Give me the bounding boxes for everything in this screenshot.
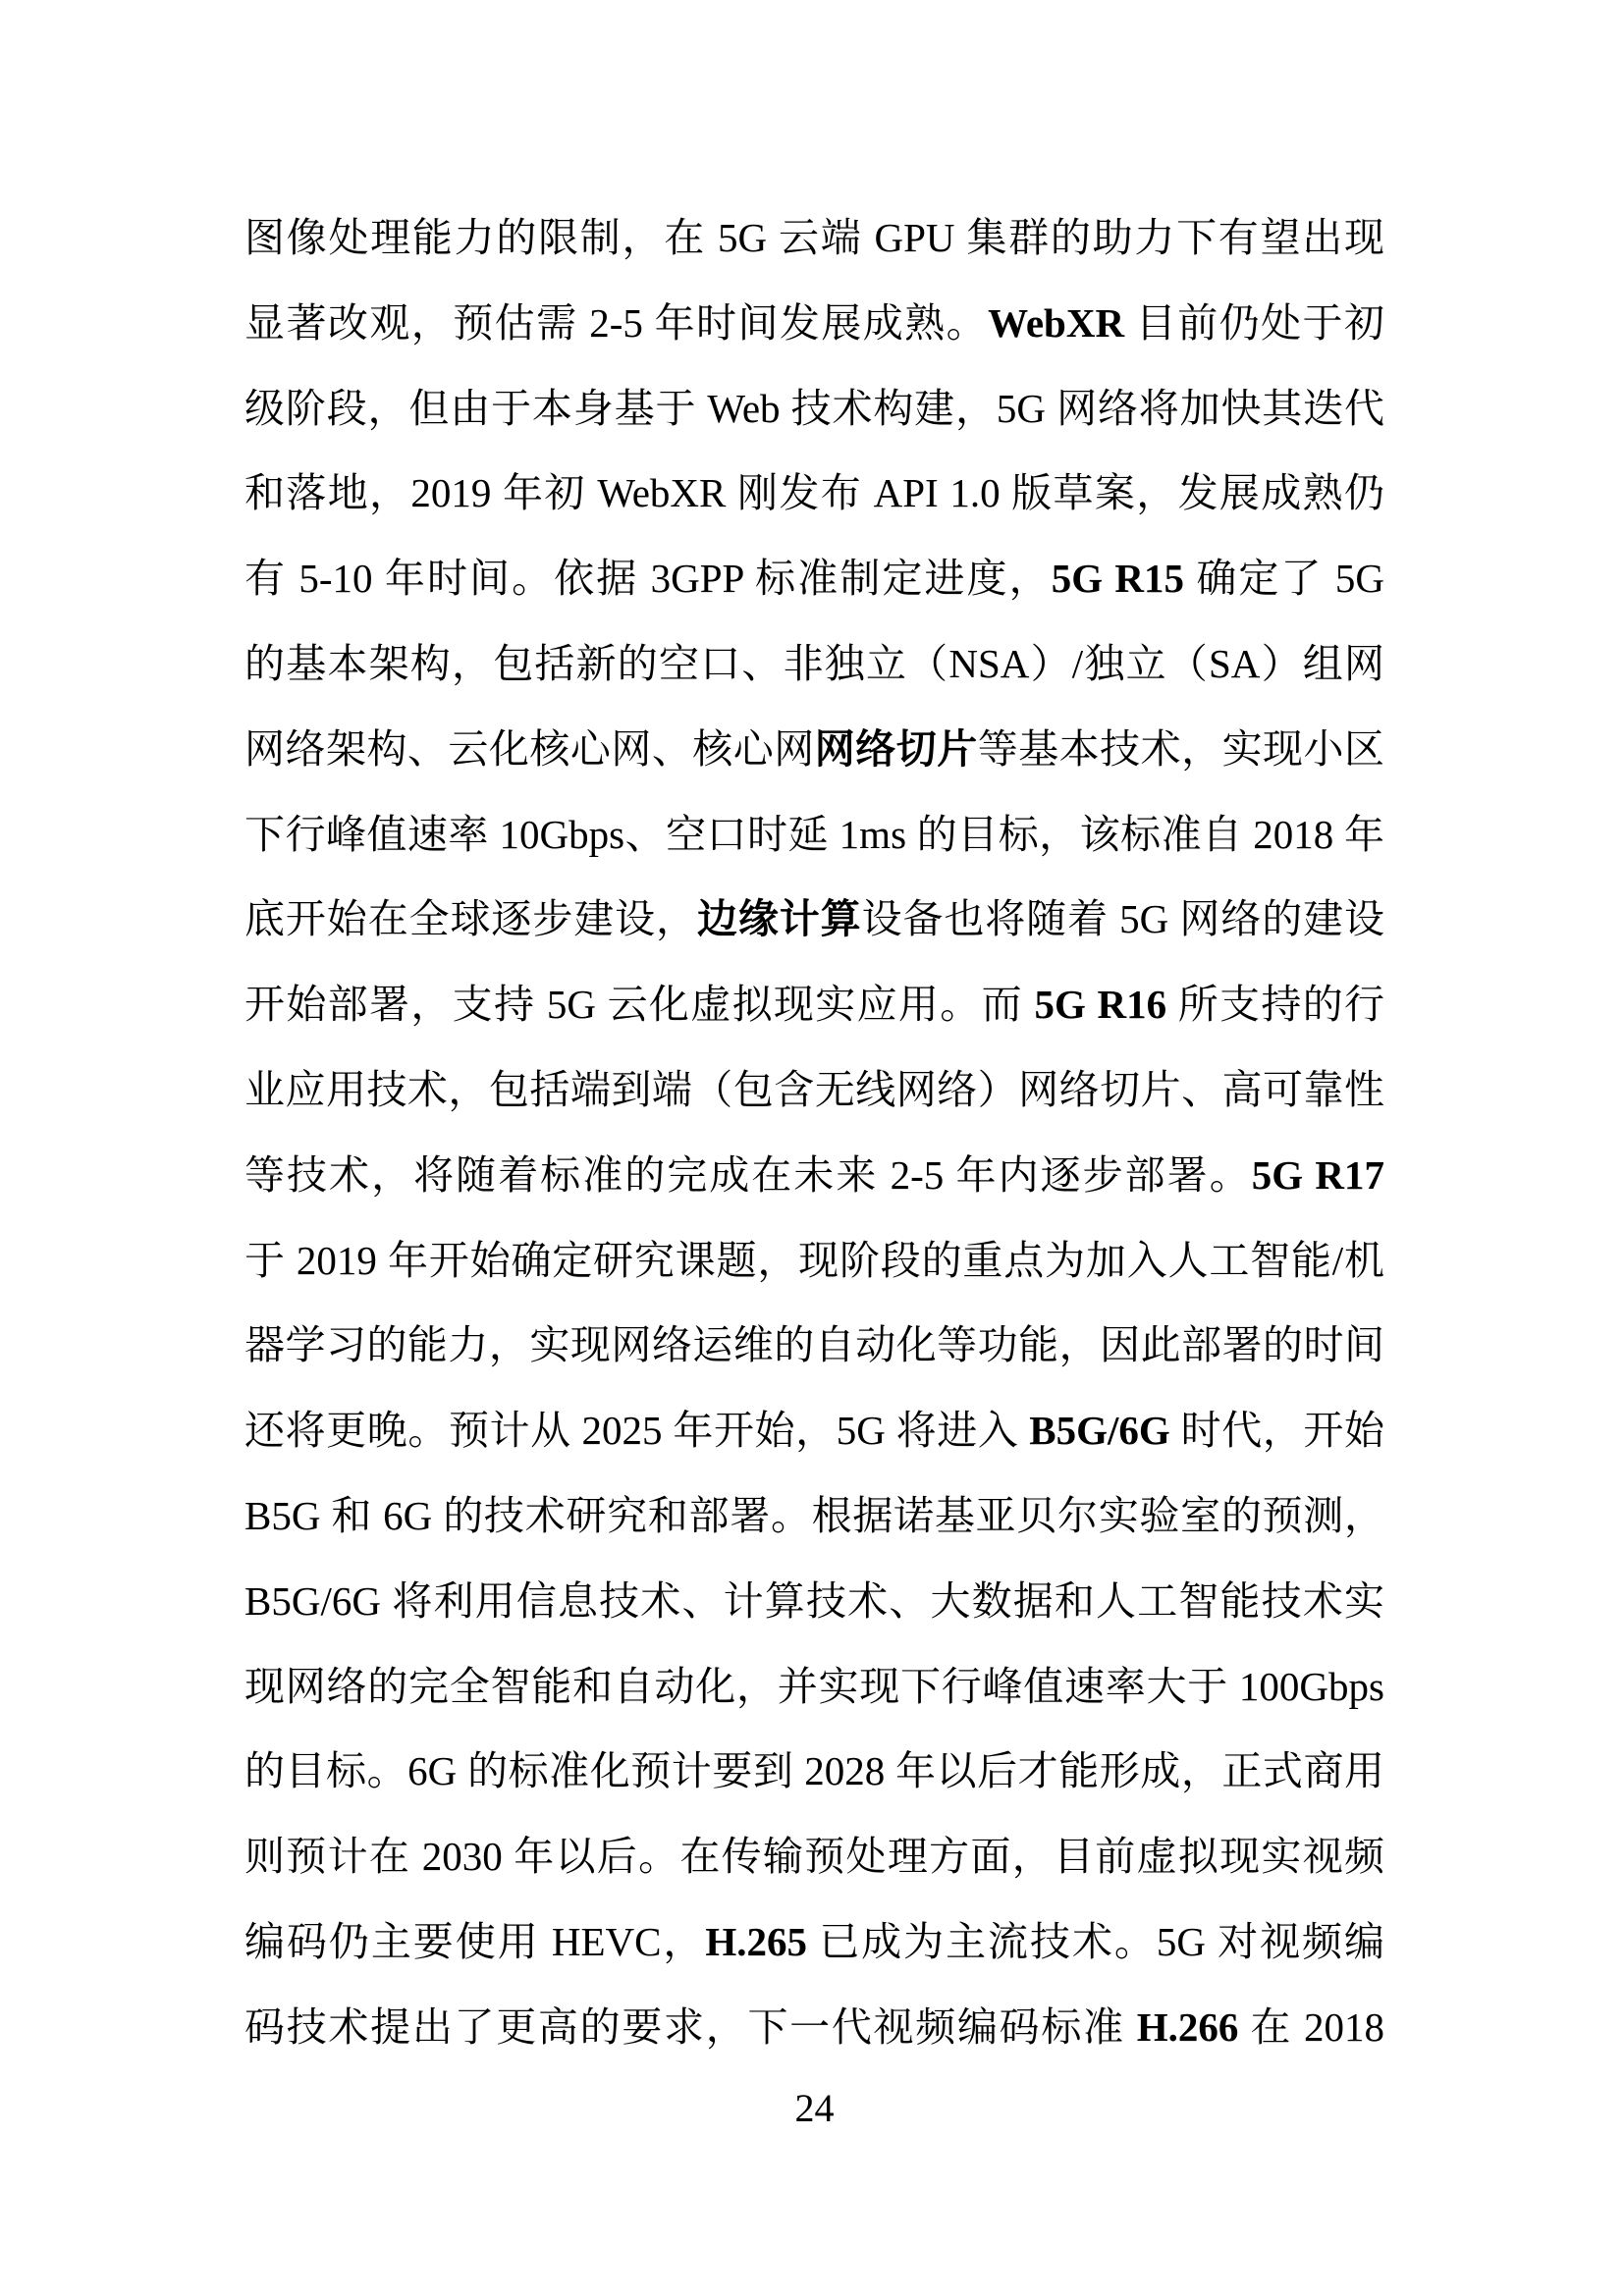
text-line: 级阶段，但由于本身基于 Web 技术构建，5G 网络将加快其迭代 bbox=[244, 366, 1384, 452]
text-run: 的基本架构，包括新的空口、非独立（NSA）/独立（SA）组网 bbox=[244, 641, 1384, 686]
text-line: 的基本架构，包括新的空口、非独立（NSA）/独立（SA）组网 bbox=[244, 621, 1384, 707]
text-line: 还将更晚。预计从 2025 年开始，5G 将进入 B5G/6G 时代，开始 bbox=[244, 1388, 1384, 1473]
text-line: 等技术，将随着标准的完成在未来 2-5 年内逐步部署。5G R17 bbox=[244, 1133, 1384, 1218]
text-line: 图像处理能力的限制，在 5G 云端 GPU 集群的助力下有望出现 bbox=[244, 195, 1384, 281]
text-run: 码技术提出了更高的要求，下一代视频编码标准 bbox=[244, 2004, 1137, 2050]
text-line: 的目标。6G 的标准化预计要到 2028 年以后才能形成，正式商用 bbox=[244, 1729, 1384, 1814]
text-run: 和落地，2019 年初 WebXR 刚发布 API 1.0 版草案，发展成熟仍 bbox=[244, 470, 1384, 515]
text-run: 图像处理能力的限制，在 5G 云端 GPU 集群的助力下有望出现 bbox=[244, 215, 1384, 260]
text-line: 和落地，2019 年初 WebXR 刚发布 API 1.0 版草案，发展成熟仍 bbox=[244, 451, 1384, 536]
text-run: 开始部署，支持 5G 云化虚拟现实应用。而 bbox=[244, 982, 1035, 1027]
bold-text-run: 边缘计算 bbox=[697, 896, 862, 941]
text-run: 确定了 5G bbox=[1184, 556, 1384, 601]
text-run: 则预计在 2030 年以后。在传输预处理方面，目前虚拟现实视频 bbox=[244, 1834, 1384, 1879]
text-line: 下行峰值速率 10Gbps、空口时延 1ms 的目标，该标准自 2018 年 bbox=[244, 792, 1384, 878]
page-number: 24 bbox=[244, 2083, 1384, 2134]
bold-text-run: 5G R15 bbox=[1052, 556, 1184, 601]
text-run: 等基本技术，实现小区 bbox=[978, 726, 1384, 772]
bold-text-run: 网络切片 bbox=[815, 726, 978, 772]
text-run: 有 5-10 年时间。依据 3GPP 标准制定进度， bbox=[244, 556, 1052, 601]
text-run: 编码仍主要使用 HEVC， bbox=[244, 1919, 705, 1964]
text-line: 网络架构、云化核心网、核心网网络切片等基本技术，实现小区 bbox=[244, 707, 1384, 792]
text-line: 编码仍主要使用 HEVC，H.265 已成为主流技术。5G 对视频编 bbox=[244, 1899, 1384, 1985]
text-run: 器学习的能力，实现网络运维的自动化等功能，因此部署的时间 bbox=[244, 1322, 1384, 1367]
text-run: 目前仍处于初 bbox=[1124, 300, 1384, 346]
text-block: 图像处理能力的限制，在 5G 云端 GPU 集群的助力下有望出现显著改观，预估需… bbox=[244, 195, 1384, 2070]
text-run: 业应用技术，包括端到端（包含无线网络）网络切片、高可靠性 bbox=[244, 1067, 1384, 1112]
text-run: B5G 和 6G 的技术研究和部署。根据诺基亚贝尔实验室的预测， bbox=[244, 1493, 1384, 1538]
text-line: 开始部署，支持 5G 云化虚拟现实应用。而 5G R16 所支持的行 bbox=[244, 962, 1384, 1047]
bold-text-run: H.266 bbox=[1137, 2004, 1239, 2050]
text-line: 显著改观，预估需 2-5 年时间发展成熟。WebXR 目前仍处于初 bbox=[244, 281, 1384, 366]
bold-text-run: H.265 bbox=[705, 1919, 807, 1964]
text-line: 业应用技术，包括端到端（包含无线网络）网络切片、高可靠性 bbox=[244, 1047, 1384, 1133]
text-run: 已成为主流技术。5G 对视频编 bbox=[807, 1919, 1384, 1964]
text-line: 底开始在全球逐步建设，边缘计算设备也将随着 5G 网络的建设 bbox=[244, 877, 1384, 962]
document-page: 图像处理能力的限制，在 5G 云端 GPU 集群的助力下有望出现显著改观，预估需… bbox=[0, 0, 1624, 2296]
text-line: 于 2019 年开始确定研究课题，现阶段的重点为加入人工智能/机 bbox=[244, 1218, 1384, 1304]
text-line: 器学习的能力，实现网络运维的自动化等功能，因此部署的时间 bbox=[244, 1303, 1384, 1388]
text-run: 级阶段，但由于本身基于 Web 技术构建，5G 网络将加快其迭代 bbox=[244, 386, 1384, 431]
text-line: B5G 和 6G 的技术研究和部署。根据诺基亚贝尔实验室的预测， bbox=[244, 1473, 1384, 1559]
text-run: 所支持的行 bbox=[1166, 982, 1384, 1027]
text-run: 时代，开始 bbox=[1170, 1408, 1384, 1453]
text-run: 网络架构、云化核心网、核心网 bbox=[244, 726, 815, 772]
text-run: 显著改观，预估需 2-5 年时间发展成熟。 bbox=[244, 300, 988, 346]
bold-text-run: WebXR bbox=[988, 300, 1124, 346]
bold-text-run: 5G R16 bbox=[1035, 982, 1167, 1027]
text-run: 下行峰值速率 10Gbps、空口时延 1ms 的目标，该标准自 2018 年 bbox=[244, 812, 1384, 857]
bold-text-run: B5G/6G bbox=[1029, 1408, 1170, 1453]
text-line: 码技术提出了更高的要求，下一代视频编码标准 H.266 在 2018 bbox=[244, 1985, 1384, 2070]
bold-text-run: 5G R17 bbox=[1252, 1152, 1384, 1198]
text-run: 底开始在全球逐步建设， bbox=[244, 896, 697, 941]
text-line: 有 5-10 年时间。依据 3GPP 标准制定进度，5G R15 确定了 5G bbox=[244, 536, 1384, 621]
text-run: 在 2018 bbox=[1238, 2004, 1384, 2050]
text-run: 设备也将随着 5G 网络的建设 bbox=[862, 896, 1384, 941]
text-run: B5G/6G 将利用信息技术、计算技术、大数据和人工智能技术实 bbox=[244, 1578, 1384, 1624]
text-line: 则预计在 2030 年以后。在传输预处理方面，目前虚拟现实视频 bbox=[244, 1814, 1384, 1899]
text-line: 现网络的完全智能和自动化，并实现下行峰值速率大于 100Gbps bbox=[244, 1644, 1384, 1730]
text-run: 现网络的完全智能和自动化，并实现下行峰值速率大于 100Gbps bbox=[244, 1664, 1384, 1709]
text-run: 等技术，将随着标准的完成在未来 2-5 年内逐步部署。 bbox=[244, 1152, 1252, 1198]
text-run: 的目标。6G 的标准化预计要到 2028 年以后才能形成，正式商用 bbox=[244, 1748, 1384, 1793]
text-run: 还将更晚。预计从 2025 年开始，5G 将进入 bbox=[244, 1408, 1029, 1453]
text-line: B5G/6G 将利用信息技术、计算技术、大数据和人工智能技术实 bbox=[244, 1559, 1384, 1644]
text-run: 于 2019 年开始确定研究课题，现阶段的重点为加入人工智能/机 bbox=[244, 1238, 1384, 1283]
